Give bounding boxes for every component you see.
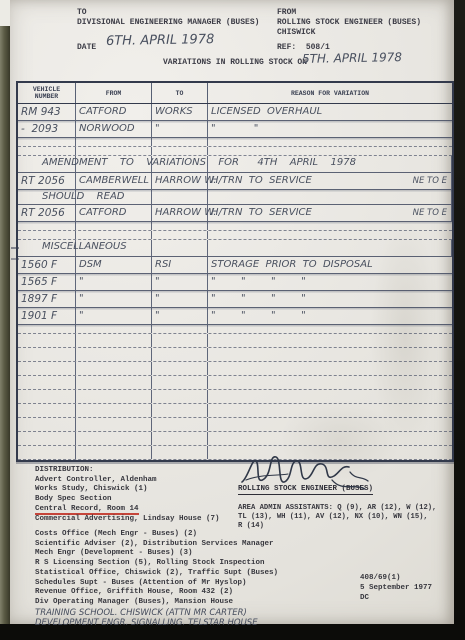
table-cell: " [76, 308, 152, 324]
to-label: TO [77, 8, 87, 17]
table-cell: RT 2056 [18, 173, 76, 189]
table-cell [76, 138, 152, 146]
table-cell [152, 362, 208, 375]
table-cell: " [152, 121, 208, 137]
handwritten-entry: " " " " [211, 275, 306, 289]
handwritten-margin-note: NE TO E [413, 176, 447, 186]
area-admin-line: AREA ADMIN ASSISTANTS: Q (9), AR (12), W… [238, 504, 454, 513]
table-cell: CATFORD [76, 205, 152, 221]
table-row [18, 432, 452, 446]
reference-initials: DC [360, 593, 432, 603]
distribution-line: TRAINING SCHOOL. CHISWICK (ATTN MR CARTE… [35, 608, 278, 618]
table-cell: " " " " [208, 308, 452, 324]
table-cell: STORAGE PRIOR TO DISPOSAL [208, 257, 452, 273]
red-underlined-text: Central Record, Room 14 [35, 505, 139, 516]
table-row: RT 2056CAMBERWELLHARROW W.H/TRN TO SERVI… [18, 173, 452, 190]
table-cell: RT 2056 [18, 205, 76, 221]
table-cell [18, 362, 76, 375]
table-cell: WORKS [152, 104, 208, 120]
table-cell [208, 348, 452, 361]
date-label: DATE [77, 43, 96, 52]
table-cell [208, 325, 452, 333]
table-cell [76, 390, 152, 403]
table-row: 1565 F""" " " " [18, 274, 452, 291]
table-rows: RM 943CATFORDWORKSLICENSED OVERHAUL- 209… [18, 104, 452, 460]
handwritten-entry: " [155, 309, 160, 323]
table-cell [152, 147, 208, 155]
table-cell [208, 376, 452, 389]
handwritten-entry: - 2093 [21, 122, 58, 136]
distribution-line: Div Operating Manager (Buses), Mansion H… [35, 598, 278, 608]
table-cell: 1897 F [18, 291, 76, 307]
table-row [18, 334, 452, 348]
table-cell [208, 231, 452, 239]
table-cell [76, 362, 152, 375]
from-value: ROLLING STOCK ENGINEER (BUSES) [277, 18, 421, 27]
handwritten-entry: 1897 F [21, 292, 57, 306]
table-cell: CATFORD [76, 104, 152, 120]
table-row: RT 2056CATFORDHARROW W.H/TRN TO SERVICEN… [18, 205, 452, 222]
table-cell [152, 432, 208, 445]
table-cell [152, 240, 208, 256]
table-row [18, 325, 452, 334]
table-cell [76, 446, 152, 459]
handwritten-entry: WORKS [155, 105, 193, 119]
handwritten-margin-note: NE TO E [413, 208, 447, 218]
table-cell [76, 222, 152, 230]
table-cell [76, 334, 152, 347]
table-cell [152, 325, 208, 333]
binder-spine [0, 26, 10, 624]
handwritten-section-label: MISCELLANEOUS [42, 241, 127, 252]
handwritten-entry: " [79, 292, 84, 306]
handwritten-entry: RT 2056 [21, 206, 65, 220]
column-header: TO [152, 83, 208, 103]
table-row [18, 231, 452, 240]
table-cell: RM 943 [18, 104, 76, 120]
from-location: CHISWICK [277, 28, 315, 37]
handwritten-entry: RSI [155, 258, 171, 272]
table-row [18, 348, 452, 362]
table-cell: RSI [152, 257, 208, 273]
table-cell [18, 138, 76, 146]
handwritten-entry: " " " " [211, 309, 306, 323]
reference-date: 5 September 1977 [360, 583, 432, 593]
table-cell [18, 222, 76, 230]
table-cell [152, 190, 208, 204]
handwritten-entry: CATFORD [79, 105, 126, 119]
from-label: FROM [277, 8, 296, 17]
table-row [18, 222, 452, 231]
table-cell [152, 376, 208, 389]
table-cell [18, 231, 76, 239]
table-cell [208, 432, 452, 445]
table-cell [152, 404, 208, 417]
handwritten-entry: 1565 F [21, 275, 57, 289]
handwritten-entry: CAMBERWELL [79, 174, 149, 188]
table-row: - 2093NORWOOD"" " [18, 121, 452, 138]
variations-table: VEHICLE NUMBERFROMTOREASON FOR VARIATION… [16, 81, 454, 462]
table-cell: " [152, 274, 208, 290]
column-header: FROM [76, 83, 152, 103]
table-cell: 1565 F [18, 274, 76, 290]
table-row [18, 418, 452, 432]
table-cell [208, 334, 452, 347]
table-cell [208, 240, 452, 256]
table-cell [152, 222, 208, 230]
table-cell: LICENSED OVERHAUL [208, 104, 452, 120]
table-cell [76, 231, 152, 239]
handwritten-title-date: 5TH. APRIL 1978 [302, 50, 402, 66]
distribution-line: Revenue Office, Griffith House, Room 432… [35, 588, 278, 598]
table-cell [208, 418, 452, 431]
table-cell [208, 390, 452, 403]
signature-block: ROLLING STOCK ENGINEER (BUSES) AREA ADMI… [232, 452, 456, 562]
table-cell [18, 147, 76, 155]
table-cell: " " " " [208, 274, 452, 290]
table-cell [18, 334, 76, 347]
handwritten-section-label: SHOULD READ [42, 191, 125, 202]
table-cell: CAMBERWELL [76, 173, 152, 189]
table-cell: NORWOOD [76, 121, 152, 137]
table-cell [76, 147, 152, 155]
memo-page: TO DIVISIONAL ENGINEERING MANAGER (BUSES… [10, 0, 454, 624]
area-admin-line: TL (13), WH (11), AV (12), NX (10), WN (… [238, 513, 454, 522]
table-cell [18, 390, 76, 403]
distribution-line: DEVELOPMENT ENGR. SIGNALLING. TELSTAR HO… [35, 618, 278, 628]
table-cell: HARROW W. [152, 173, 208, 189]
table-cell: " [152, 308, 208, 324]
table-cell: " [76, 291, 152, 307]
table-cell [152, 390, 208, 403]
table-row: SHOULD READ [18, 190, 452, 205]
table-cell [152, 348, 208, 361]
handwritten-entry: STORAGE PRIOR TO DISPOSAL [211, 258, 373, 272]
handwritten-date: 6TH. APRIL 1978 [106, 32, 215, 49]
table-row [18, 147, 452, 156]
table-cell: HARROW W. [152, 205, 208, 221]
table-row: RM 943CATFORDWORKSLICENSED OVERHAUL [18, 104, 452, 121]
handwritten-entry: " [79, 309, 84, 323]
table-cell [76, 348, 152, 361]
handwritten-entry: H/TRN TO SERVICE [211, 174, 312, 188]
reference-block: 408/69(1) 5 September 1977 DC [360, 573, 432, 603]
table-cell [152, 138, 208, 146]
table-cell: - 2093 [18, 121, 76, 137]
table-cell [18, 325, 76, 333]
table-row: 1897 F""" " " " [18, 291, 452, 308]
distribution-line: Statistical Office, Chiswick (2), Traffi… [35, 569, 278, 579]
table-row: 1560 FDSMRSISTORAGE PRIOR TO DISPOSAL [18, 257, 452, 274]
table-cell: " [152, 291, 208, 307]
table-row: MISCELLANEOUS [18, 240, 452, 257]
table-row [18, 362, 452, 376]
ref-label: REF: [277, 43, 296, 52]
table-cell [76, 432, 152, 445]
table-row: 1901 F""" " " " [18, 308, 452, 325]
table-cell [76, 376, 152, 389]
table-cell [18, 446, 76, 459]
table-cell: " " [208, 121, 452, 137]
scanned-memo-photo: TO DIVISIONAL ENGINEERING MANAGER (BUSES… [0, 0, 465, 640]
table-header-row: VEHICLE NUMBERFROMTOREASON FOR VARIATION [18, 83, 452, 104]
to-value: DIVISIONAL ENGINEERING MANAGER (BUSES) [77, 18, 259, 27]
table-cell: " " " " [208, 291, 452, 307]
handwritten-entry: " [79, 275, 84, 289]
handwritten-entry: HARROW W. [155, 174, 216, 188]
table-cell [208, 222, 452, 230]
handwritten-entry: DSM [79, 258, 102, 272]
table-cell [76, 404, 152, 417]
handwritten-entry: HARROW W. [155, 206, 216, 220]
memo-title: VARIATIONS IN ROLLING STOCK ON [163, 58, 307, 67]
table-cell [208, 404, 452, 417]
table-cell [208, 362, 452, 375]
reference-number: 408/69(1) [360, 573, 432, 583]
table-cell [76, 418, 152, 431]
table-row [18, 138, 452, 147]
handwritten-entry: CATFORD [79, 206, 126, 220]
handwritten-entry: " [155, 275, 160, 289]
table-row [18, 390, 452, 404]
handwritten-entry: NORWOOD [79, 122, 135, 136]
table-cell [18, 432, 76, 445]
distribution-line: Schedules Supt - Buses (Attention of Mr … [35, 579, 278, 589]
handwritten-entry: " " [211, 122, 258, 136]
handwritten-section-label: AMENDMENT TO VARIATIONS FOR 4TH APRIL 19… [42, 157, 356, 168]
handwritten-entry: " [155, 292, 160, 306]
table-cell: 1901 F [18, 308, 76, 324]
signature-scrawl [232, 450, 382, 496]
table-cell [208, 138, 452, 146]
table-cell [152, 334, 208, 347]
handwritten-entry: LICENSED OVERHAUL [211, 105, 322, 119]
handwritten-entry: 1560 F [21, 258, 57, 272]
table-cell: DSM [76, 257, 152, 273]
table-cell [18, 376, 76, 389]
table-cell [76, 325, 152, 333]
table-row: AMENDMENT TO VARIATIONS FOR 4TH APRIL 19… [18, 156, 452, 173]
handwritten-entry: RT 2056 [21, 174, 65, 188]
table-cell [208, 147, 452, 155]
table-cell [152, 446, 208, 459]
handwritten-entry: " [155, 122, 160, 136]
area-admin-line: R (14) [238, 522, 454, 531]
handwritten-entry: " " " " [211, 292, 306, 306]
handwritten-entry: H/TRN TO SERVICE [211, 206, 312, 220]
table-row [18, 404, 452, 418]
column-header: VEHICLE NUMBER [18, 83, 76, 103]
table-cell [208, 190, 452, 204]
handwritten-entry: 1901 F [21, 309, 57, 323]
table-cell [152, 231, 208, 239]
table-row [18, 376, 452, 390]
table-cell [18, 418, 76, 431]
table-cell [152, 418, 208, 431]
page-corner-light [0, 0, 10, 28]
area-admin-assistants: AREA ADMIN ASSISTANTS: Q (9), AR (12), W… [238, 504, 454, 530]
table-cell: " [76, 274, 152, 290]
table-cell: 1560 F [18, 257, 76, 273]
column-header: REASON FOR VARIATION [208, 83, 452, 103]
table-cell [18, 348, 76, 361]
handwritten-entry: RM 943 [21, 105, 61, 119]
table-cell [18, 404, 76, 417]
